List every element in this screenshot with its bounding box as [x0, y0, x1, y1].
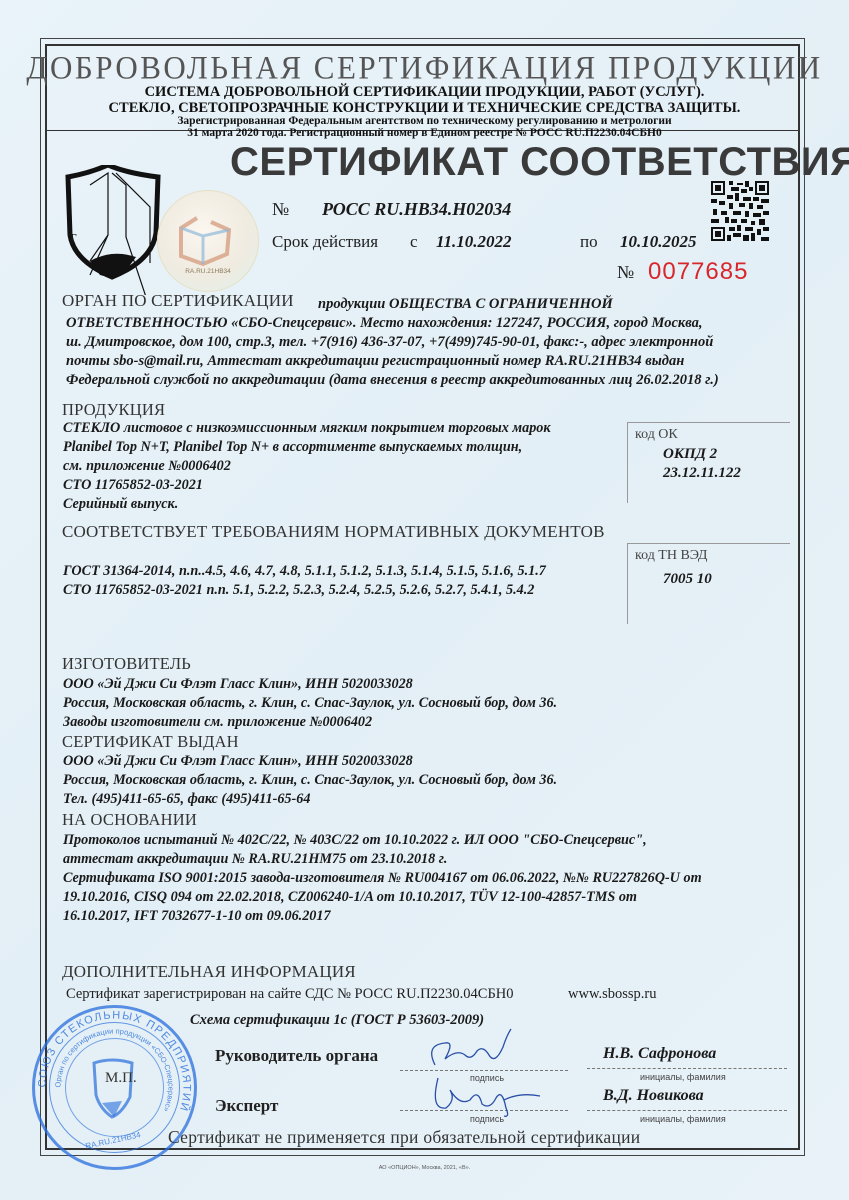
manufacturer-line: ООО «Эй Джи Си Флэт Гласс Клин», ИНН 502…	[63, 675, 413, 694]
number-label: №	[272, 199, 289, 220]
product-line: СТО 11765852-03-2021	[63, 476, 203, 495]
issued-to-heading: СЕРТИФИКАТ ВЫДАН	[62, 732, 239, 752]
issued-to-line: ООО «Эй Джи Си Флэт Гласс Клин», ИНН 502…	[63, 752, 413, 771]
expert-name: В.Д. Новикова	[603, 1087, 704, 1105]
validity-label: Срок действия	[272, 232, 378, 252]
okpd-code: 23.12.11.122	[663, 464, 741, 483]
registration-line-2: 31 марта 2020 года. Регистрационный номе…	[0, 127, 849, 139]
code-ok-label: код ОК	[635, 427, 678, 443]
system-line: СИСТЕМА ДОБРОВОЛЬНОЙ СЕРТИФИКАЦИИ ПРОДУК…	[0, 84, 849, 101]
product-line: см. приложение №0006402	[63, 457, 231, 476]
product-heading: ПРОДУКЦИЯ	[62, 400, 165, 420]
expert-name-caption: инициалы, фамилия	[640, 1114, 726, 1124]
hologram-cube-icon	[157, 190, 259, 292]
hologram-seal: RA.RU.21HB34	[157, 190, 259, 292]
head-name-caption: инициалы, фамилия	[640, 1072, 726, 1082]
registration-line-1: Зарегистрированная Федеральным агентство…	[0, 115, 849, 127]
stamp-place-label: М.П.	[105, 1070, 137, 1087]
valid-to-label: по	[580, 232, 598, 252]
certification-body-line: Федеральной службой по аккредитации (дат…	[66, 371, 719, 390]
printer-imprint: АО «ОПЦИОН», Москва, 2021, «В».	[0, 1165, 849, 1171]
product-line: СТЕКЛО листовое с низкоэмиссионным мягки…	[63, 419, 551, 438]
basis-heading: НА ОСНОВАНИИ	[62, 810, 197, 830]
requirements-heading: СООТВЕТСТВУЕТ ТРЕБОВАНИЯМ НОРМАТИВНЫХ ДО…	[62, 522, 605, 542]
header-title: ДОБРОВОЛЬНАЯ СЕРТИФИКАЦИЯ ПРОДУКЦИИ	[0, 49, 849, 87]
logo-letter: Т	[68, 232, 77, 248]
expert-signature-icon	[420, 1070, 550, 1120]
issued-to-line: Россия, Московская область, г. Клин, с. …	[63, 771, 557, 790]
serial-number: 0077685	[648, 258, 748, 286]
basis-line: Протоколов испытаний № 402С/22, № 403С/2…	[63, 831, 647, 850]
certification-body-line: почты sbo-s@mail.ru, Аттестат аккредитац…	[66, 352, 684, 371]
serial-label: №	[617, 262, 634, 283]
mandatory-notice: Сертификат не применяется при обязательн…	[168, 1127, 640, 1148]
manufacturer-line: Заводы изготовители см. приложение №0006…	[63, 713, 372, 732]
certification-body-line: продукции ОБЩЕСТВА С ОГРАНИЧЕННОЙ	[318, 295, 613, 314]
manufacturer-heading: ИЗГОТОВИТЕЛЬ	[62, 654, 191, 674]
product-line: Planibel Top N+T, Planibel Top N+ в ассо…	[63, 438, 522, 457]
hologram-text: RA.RU.21HB34	[157, 268, 259, 275]
requirements-line: ГОСТ 31364-2014, п.п..4.5, 4.6, 4.7, 4.8…	[63, 562, 546, 581]
manufacturer-line: Россия, Московская область, г. Клин, с. …	[63, 694, 557, 713]
valid-to-date: 10.10.2025	[620, 232, 697, 252]
issued-to-line: Тел. (495)411-65-65, факс (495)411-65-64	[63, 790, 310, 809]
certification-body-line: ш. Дмитровское, дом 100, стр.3, тел. +7(…	[66, 333, 713, 352]
certification-body-heading: ОРГАН ПО СЕРТИФИКАЦИИ	[62, 291, 294, 311]
requirements-line: СТО 11765852-03-2021 п.п. 5.1, 5.2.2, 5.…	[63, 581, 534, 600]
expert-role-label: Эксперт	[215, 1096, 278, 1116]
head-role-label: Руководитель органа	[215, 1046, 378, 1066]
certificate-title: СЕРТИФИКАТ СООТВЕТСТВИЯ	[230, 140, 849, 185]
head-signature-icon	[415, 1025, 525, 1075]
okpd-label: ОКПД 2	[663, 445, 717, 464]
basis-line: 19.10.2016, CISQ 094 от 22.02.2018, CZ00…	[63, 888, 637, 907]
valid-from-label: с	[410, 232, 418, 252]
basis-line: 16.10.2017, IFT 7032677-1-10 от 09.06.20…	[63, 907, 331, 926]
basis-line: Сертификата ISO 9001:2015 завода-изготов…	[63, 869, 702, 888]
website-link[interactable]: www.sbossp.ru	[568, 986, 656, 1003]
certification-body-line: ОТВЕТСТВЕННОСТЬЮ «СБО-Спецсервис». Место…	[66, 314, 703, 333]
additional-info-heading: ДОПОЛНИТЕЛЬНАЯ ИНФОРМАЦИЯ	[62, 962, 356, 982]
head-name-line	[587, 1068, 787, 1069]
valid-from-date: 11.10.2022	[436, 232, 512, 252]
head-name: Н.В. Сафронова	[603, 1045, 716, 1063]
shield-logo-icon	[60, 165, 170, 295]
expert-name-line	[587, 1110, 787, 1111]
product-line: Серийный выпуск.	[63, 495, 178, 514]
registered-line: Сертификат зарегистрирован на сайте СДС …	[66, 986, 514, 1003]
basis-line: аттестат аккредитации № RA.RU.21НМ75 от …	[63, 850, 447, 869]
certificate-number: РОСС RU.НВ34.Н02034	[322, 199, 511, 220]
code-tnved-label: код ТН ВЭД	[635, 548, 707, 564]
tnved-code: 7005 10	[663, 570, 712, 589]
qr-code-icon	[711, 181, 769, 241]
